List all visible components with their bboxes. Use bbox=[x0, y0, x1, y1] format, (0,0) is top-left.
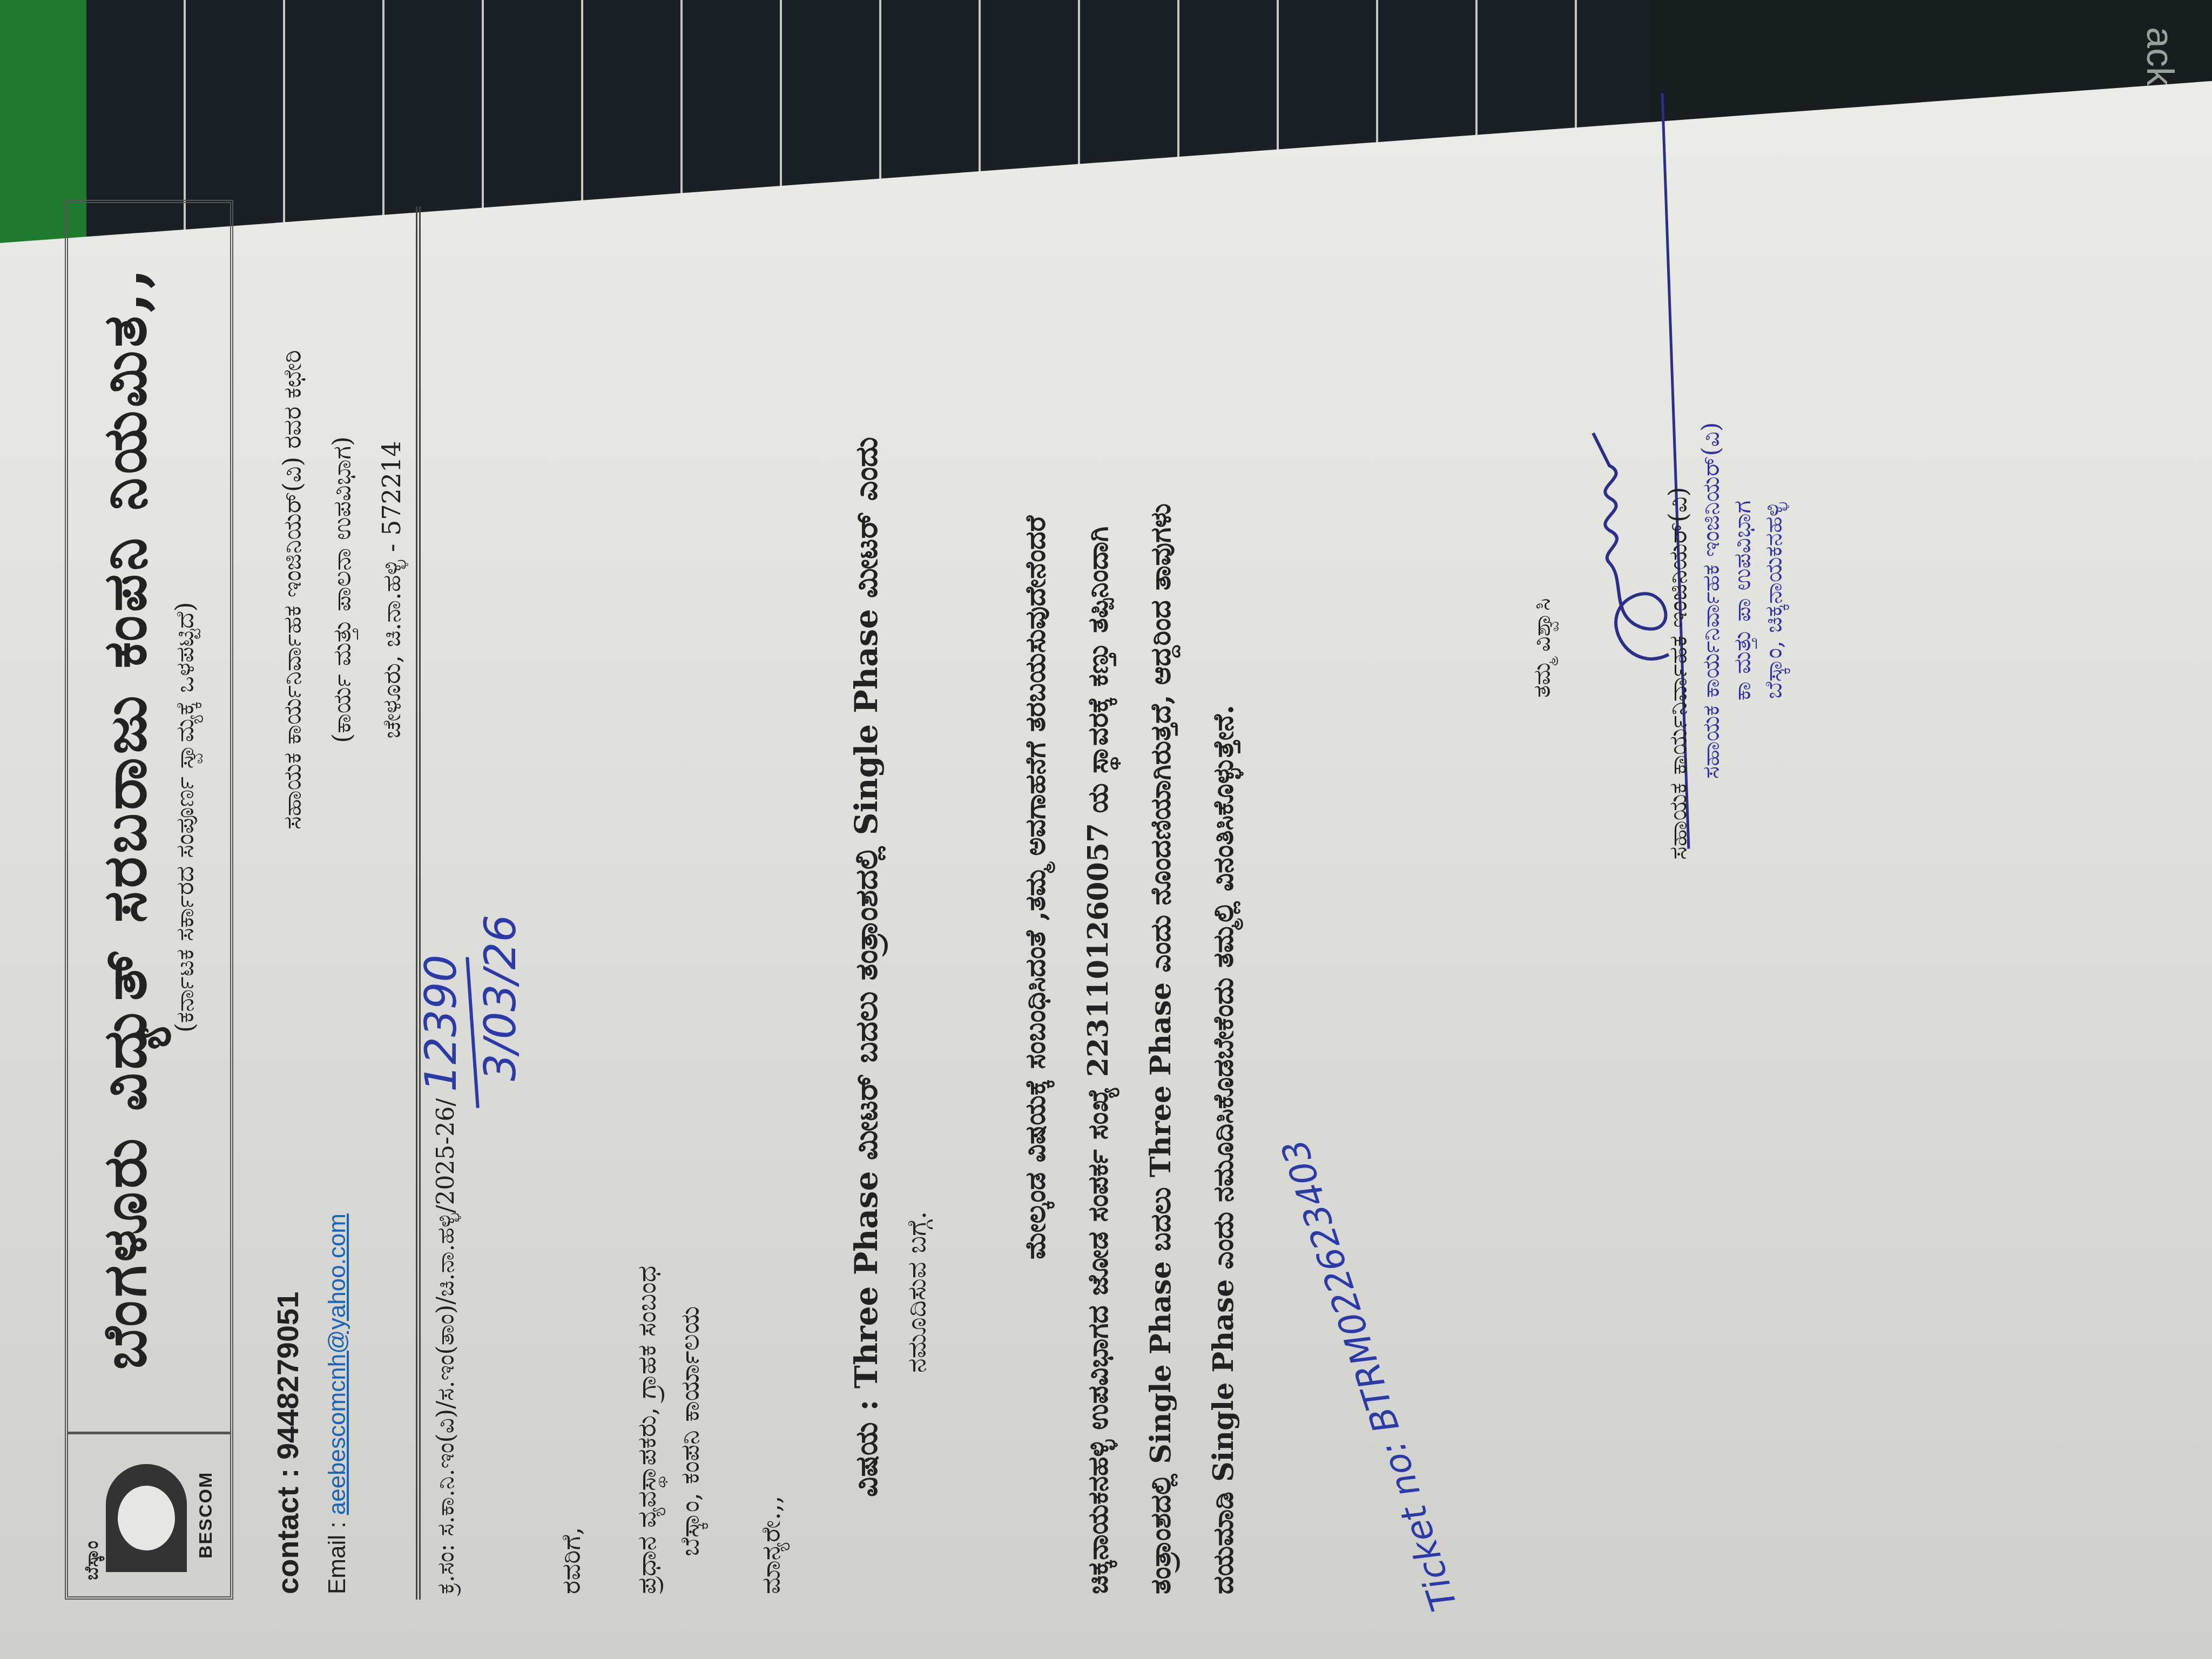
office-address: ಸಹಾಯಕ ಕಾರ್ಯನಿರ್ವಾಹಕ ಇಂಜಿನಿಯರ್(ವಿ) ರವರ ಕಛ… bbox=[267, 233, 416, 946]
body-line: ತಂತ್ರಾಂಶದಲ್ಲಿ Single Phase ಬದಲು Three Ph… bbox=[1130, 212, 1192, 1594]
header-divider bbox=[416, 206, 421, 1600]
company-subtitle: (ಕರ್ನಾಟಕ ಸರ್ಕಾರದ ಸಂಪೂರ್ಣ ಸ್ವಾಮ್ಯಕ್ಕೆ ಒಳಪ… bbox=[170, 203, 200, 1432]
handwritten-inward-number: 12390 bbox=[416, 955, 466, 1092]
office-line: (ಕಾರ್ಯ ಮತ್ತು ಪಾಲನಾ ಉಪವಿಭಾಗ) bbox=[317, 233, 367, 946]
contact-number: contact : 9448279051 bbox=[270, 1292, 305, 1594]
letter: ಬೆಸ್ಕಾಂ BESCOM ಬೆಂಗಳೂರು ವಿದ್ಯುತ್ ಸರಬರಾಜು… bbox=[0, 158, 1755, 1659]
email-label: Email : bbox=[324, 1515, 350, 1594]
addressee-salutation: ರವರಿಗೆ, bbox=[556, 1527, 587, 1594]
stamp-line: ಬೆಸ್ಕಾಂ, ಚಿಕ್ಕನಾಯಕನಹಳ್ಳಿ bbox=[1758, 363, 1790, 838]
handwritten-date: 3/03/26 bbox=[475, 915, 525, 1081]
addressee-line: ಬೆಸ್ಕಾಂ, ಕಂಪನಿ ಕಾರ್ಯಾಲಯ bbox=[675, 1306, 706, 1556]
official-stamp: ಸಹಾಯಕ ಕಾರ್ಯನಿರ್ವಾಹಕ ಇಂಜಿನಿಯರ್(ವಿ) ಕಾ ಮತ್… bbox=[1696, 363, 1790, 838]
stamp-line: ಕಾ ಮತ್ತು ಪಾ ಉಪವಿಭಾಗ bbox=[1727, 363, 1758, 838]
logo-kannada-text: ಬೆಸ್ಕಾಂ bbox=[81, 1541, 103, 1580]
addressee-line: ಪ್ರಧಾನ ವ್ಯವಸ್ಥಾಪಕರು, ಗ್ರಾಹಕ ಸಂಬಂಧ bbox=[632, 1265, 663, 1594]
company-title-block: ಬೆಂಗಳೂರು ವಿದ್ಯುತ್ ಸರಬರಾಜು ಕಂಪನಿ ನಿಯಮಿತ,,… bbox=[68, 203, 230, 1432]
signatory-title: ಸಹಾಯಕ ಕಾರ್ಯನಿರ್ವಾಹಕ ಇಂಜಿನಿಯರ್(ವಿ) bbox=[1663, 487, 1694, 860]
office-line: ಸಹಾಯಕ ಕಾರ್ಯನಿರ್ವಾಹಕ ಇಂಜಿನಿಯರ್(ವಿ) ರವರ ಕಛ… bbox=[267, 233, 317, 946]
email-line: Email : aeebescomcnh@yahoo.com bbox=[324, 1213, 351, 1594]
letter-body: ಮೇಲ್ಕಂಡ ವಿಷಯಕ್ಕೆ ಸಂಬಂಧಿಸಿದಂತೆ ,ತಮ್ಮ ಅವಗಾ… bbox=[1004, 212, 1255, 1594]
closing: ತಮ್ಮ ವಿಶ್ವಾಸಿ bbox=[1528, 598, 1556, 698]
logo-english-text: BESCOM bbox=[195, 1472, 217, 1559]
body-line: ದಯಮಾಡಿ Single Phase ಎಂದು ನಮೂದಿಸಿಕೊಡಬೇಕೆಂ… bbox=[1192, 212, 1255, 1594]
body-text: ಮೇಲ್ಕಂಡ ವಿಷಯಕ್ಕೆ ಸಂಬಂಧಿಸಿದಂತೆ ,ತಮ್ಮ ಅವಗಾ… bbox=[1019, 516, 1052, 1259]
bescom-logo: ಬೆಸ್ಕಾಂ BESCOM bbox=[68, 1432, 230, 1596]
office-line: ಚೇಳೂರು, ಚಿ.ನಾ.ಹಳ್ಳಿ - 572214 bbox=[367, 233, 416, 946]
email-link[interactable]: aeebescomcnh@yahoo.com bbox=[324, 1213, 350, 1515]
company-name: ಬೆಂಗಳೂರು ವಿದ್ಯುತ್ ಸರಬರಾಜು ಕಂಪನಿ ನಿಯಮಿತ,, bbox=[90, 203, 160, 1432]
stamp-line: ಸಹಾಯಕ ಕಾರ್ಯನಿರ್ವಾಹಕ ಇಂಜಿನಿಯರ್(ವಿ) bbox=[1696, 363, 1727, 838]
bescom-b-logo-icon bbox=[106, 1464, 187, 1572]
body-line: ಮೇಲ್ಕಂಡ ವಿಷಯಕ್ಕೆ ಸಂಬಂಧಿಸಿದಂತೆ ,ತಮ್ಮ ಅವಗಾ… bbox=[1004, 212, 1067, 1594]
handwritten-ticket-number: Ticket no: BTRM022623403 bbox=[1273, 1134, 1465, 1616]
body-line: ಚಿಕ್ಕನಾಯಕನಹಳ್ಳಿ ಉಪವಿಭಾಗದ ಜೋಡ ಸಂಪರ್ಕ ಸಂಖ್… bbox=[1067, 212, 1130, 1594]
subject-line: ವಿಷಯ : Three Phase ಮೀಟರ್ ಬದಲು ತಂತ್ರಾಂಶದಲ… bbox=[848, 437, 885, 1497]
letterhead-box: ಬೆಸ್ಕಾಂ BESCOM ಬೆಂಗಳೂರು ವಿದ್ಯುತ್ ಸರಬರಾಜು… bbox=[65, 200, 233, 1600]
subject-continuation: ನಮೂದಿಸುವ ಬಗ್ಗೆ. bbox=[902, 1211, 933, 1373]
background-text: ack bbox=[2139, 27, 2182, 86]
greeting: ಮಾನ್ಯರೇ.,, bbox=[756, 1495, 787, 1594]
reference-number: ಕ್ರ.ಸಂ: ಸ.ಕಾ.ನಿ.ಇಂ(ವಿ)/ಸ.ಇಂ(ತಾಂ)/ಚಿ.ನಾ.ಹ… bbox=[432, 1098, 460, 1594]
